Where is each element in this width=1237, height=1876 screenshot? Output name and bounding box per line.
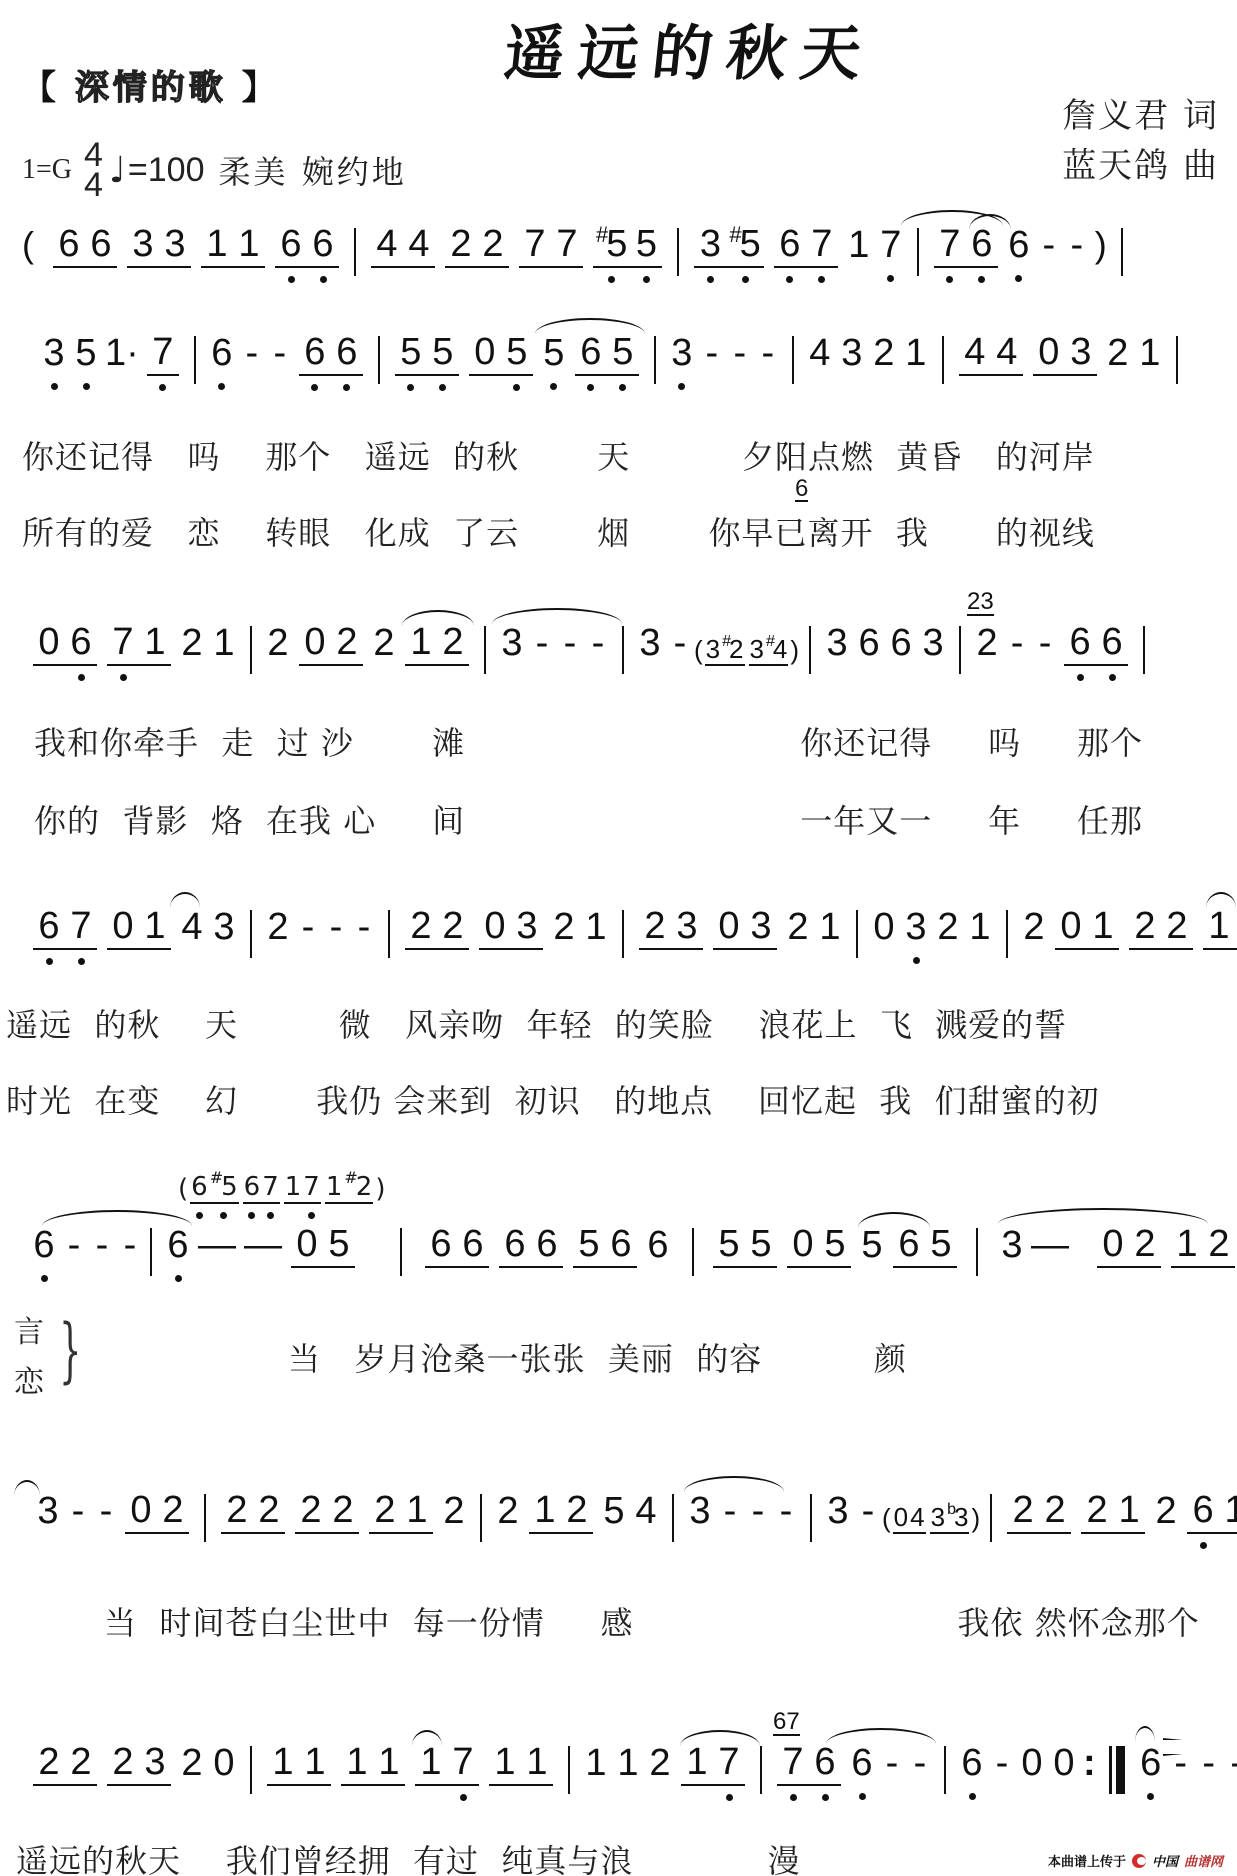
staff-row-1: ( 6 6 3 3 1 1 6 6 4 4 2 2 7 7 xyxy=(18,222,1227,276)
site-name-part2: 曲谱网 xyxy=(1184,1851,1223,1870)
beam-group: 6 7 xyxy=(243,1172,280,1204)
note-low: 6 xyxy=(275,222,307,266)
site-name-part1: 中国 xyxy=(1152,1851,1178,1870)
note-low: 5 xyxy=(427,330,459,374)
lyric-verse2-end: 恋 xyxy=(14,1358,44,1408)
note-low: 6 xyxy=(190,1172,209,1202)
note: 1 xyxy=(489,1740,521,1784)
measure: 6 - - 6 6 xyxy=(196,330,378,376)
beam-group: 4 4 xyxy=(959,330,1023,376)
lyric-line-verse1: 我和你牵手 走 过 沙 滩 你还记得 吗 那个 xyxy=(34,718,1143,764)
note: 1 xyxy=(1087,904,1119,948)
beam-group: 1 2 xyxy=(405,620,469,666)
note: 6 xyxy=(457,1222,489,1266)
note: 6 xyxy=(425,1222,457,1266)
measure: 3 - - 0 2 xyxy=(22,1488,204,1534)
note: 6 xyxy=(853,620,885,666)
beam-group: 1 1 xyxy=(201,222,265,268)
dash: - xyxy=(1167,1740,1195,1786)
beam-group: 0 5 xyxy=(469,330,533,376)
slur-icon xyxy=(412,1730,442,1746)
note: 3 xyxy=(705,634,721,664)
note: 3 xyxy=(511,904,543,948)
measure: 0 6 7 1 2 1 xyxy=(18,620,250,666)
note-low: 5 xyxy=(538,330,570,376)
note: 2 xyxy=(477,222,509,266)
measure: 2 1 2 5 4 xyxy=(482,1488,672,1534)
beam-group: 0 5 xyxy=(787,1222,851,1268)
note-low: 7 xyxy=(261,1172,280,1202)
beam-group: 2 2 xyxy=(1007,1488,1071,1534)
beam-group: 5 6 xyxy=(573,1222,637,1268)
note: 5 xyxy=(925,1222,957,1266)
note: 2 xyxy=(1203,1222,1235,1266)
slur-icon xyxy=(170,892,200,908)
note: 5 xyxy=(819,1222,851,1266)
quarter-note-icon: ♩ xyxy=(109,150,126,191)
note-low: 5 xyxy=(395,330,427,374)
staff-row-6: 3 - - 0 2 2 2 2 2 2 1 2 2 1 2 5 4 xyxy=(22,1488,1227,1542)
beam-group: 0 1 xyxy=(107,904,171,950)
note-low: 6 xyxy=(846,1740,878,1786)
measure: 2 - - - xyxy=(252,904,388,950)
grace-note: 6 xyxy=(795,478,808,502)
note: 2 xyxy=(262,620,294,666)
note: 6 xyxy=(531,1222,563,1266)
note: 1 xyxy=(139,904,171,948)
note: 1 xyxy=(1219,1488,1237,1532)
dash: - xyxy=(92,1488,120,1534)
measure: 3 - - - xyxy=(656,330,792,376)
note-sharp: #2 xyxy=(721,634,744,664)
key-signature: 1=G xyxy=(22,154,72,186)
note: 0 xyxy=(299,620,331,664)
note: 0 xyxy=(479,904,511,948)
song-title: 遥远的秋天 xyxy=(500,6,879,92)
note-low: 7 xyxy=(447,1740,479,1784)
beam-group: 0 2 xyxy=(299,620,363,666)
tie-icon xyxy=(492,608,622,624)
dash: - xyxy=(754,330,782,376)
dash: - xyxy=(294,904,322,950)
lyric-line-refrain: 遥远的秋天 我们曾经拥 有过 纯真与浪 漫 xyxy=(16,1836,800,1876)
fermata-icon xyxy=(1135,1726,1155,1742)
note: 4 xyxy=(403,222,435,266)
grace-note: 23 xyxy=(967,590,994,616)
note-low: 5 xyxy=(501,330,533,374)
dash: - xyxy=(1195,1740,1223,1786)
sharp-icon: # xyxy=(210,1168,223,1187)
note: 2 xyxy=(492,1488,524,1534)
beam-group: 1 1 xyxy=(489,1740,553,1786)
rest: 0 xyxy=(1048,1740,1080,1786)
lyric-line-verse1: 你还记得 吗 那个 遥远 的秋 天 夕阳点燃 黄昏 的河岸 xyxy=(22,432,1095,478)
dash: - xyxy=(266,330,294,376)
repeat-end-barline xyxy=(1109,1746,1125,1794)
note: 2 xyxy=(1007,1488,1039,1532)
note: 2 xyxy=(1129,904,1161,948)
note: 2 xyxy=(107,1740,139,1784)
note-low: 6 xyxy=(774,222,806,266)
slur-icon xyxy=(680,1730,760,1746)
note: 6 xyxy=(499,1222,531,1266)
dash: - xyxy=(1035,222,1063,268)
lyric-line-verse1: 遥远 的秋 天 微 风亲吻 年轻 的笑脸 浪花上 飞 溅爱的誓 xyxy=(6,1000,1067,1046)
upload-watermark: 本曲谱上传于 中国曲谱网 xyxy=(1048,1851,1223,1870)
slur-icon xyxy=(535,318,645,334)
staff-row-7: 2 2 2 3 2 0 1 1 1 1 1 7 1 1 1 1 2 xyxy=(18,1740,1227,1794)
note: 2 xyxy=(368,620,400,666)
beam-group: 2 1 xyxy=(1081,1488,1145,1534)
slur-icon xyxy=(858,1212,930,1228)
beam-group: 1 7 xyxy=(415,1740,479,1786)
dash: - xyxy=(906,1740,934,1786)
note: 1 xyxy=(405,620,437,664)
beam-group: 2 1 xyxy=(369,1488,433,1534)
note: 3 xyxy=(1065,330,1097,374)
dash: - xyxy=(666,620,694,666)
measure: 3 6 6 3 xyxy=(811,620,959,666)
note-low-sharp: #5 xyxy=(593,222,630,266)
measure: 3 - ( 0 4 3 b3 ) xyxy=(812,1488,990,1534)
measure: 2 2 2 2 2 1 2 xyxy=(206,1488,480,1534)
measure: 6 7 0 1 4 3 xyxy=(18,904,250,950)
beam-group: 4 4 xyxy=(371,222,435,268)
rest: 0 xyxy=(1016,1740,1048,1786)
dash: - xyxy=(1003,620,1031,666)
note-sharp: #4 xyxy=(765,634,788,664)
dash: - xyxy=(772,1488,800,1534)
measure: 2 2 2 1 2 6 1 xyxy=(992,1488,1237,1534)
measure: 4 4 0 3 2 1 xyxy=(944,330,1176,376)
note: 1 xyxy=(521,1740,553,1784)
measure: 6 6 6 6 5 6 6 xyxy=(402,1222,692,1268)
beam-group: 2 2 xyxy=(295,1488,359,1534)
lyricist-credit: 詹义君 词 xyxy=(1062,88,1219,137)
beam-group: 2 2 xyxy=(221,1488,285,1534)
sharp-icon: # xyxy=(344,1168,357,1187)
dash: - xyxy=(116,1222,144,1268)
note-low: 6 xyxy=(33,904,65,948)
beam-group: 1 1 xyxy=(267,1740,331,1786)
upload-text: 本曲谱上传于 xyxy=(1048,1851,1126,1870)
note-low: 7 xyxy=(147,330,179,374)
beam-group: 6 6 xyxy=(53,222,117,268)
beam-group: 5 5 xyxy=(713,1222,777,1268)
measure: 3 — 0 2 1 2 xyxy=(978,1222,1237,1268)
note: 0 xyxy=(107,904,139,948)
barline xyxy=(1121,228,1123,276)
note-low: 6 xyxy=(206,330,238,376)
beam-group: 3 #4 xyxy=(749,634,789,666)
note: 2 xyxy=(1039,1488,1071,1532)
note: 5 xyxy=(745,1222,777,1266)
note: 3 xyxy=(821,620,853,666)
beam-group: 6 6 xyxy=(425,1222,489,1268)
note: 0 xyxy=(291,1222,323,1266)
staff-row-4: 6 7 0 1 4 3 2 - - - 2 2 0 3 2 1 2 3 xyxy=(18,904,1227,958)
dash: - xyxy=(988,1740,1016,1786)
measure: 7 6 6 - - ) xyxy=(919,222,1121,268)
note: 1 xyxy=(814,904,846,950)
beam-group: 67 7 6 xyxy=(777,1740,841,1786)
note: 0 xyxy=(469,330,501,374)
note: 4 xyxy=(909,1502,925,1532)
note-low: 6 xyxy=(575,330,607,374)
note: 0 xyxy=(208,1740,240,1786)
dash: - xyxy=(350,904,378,950)
note: 2 xyxy=(1018,904,1050,950)
note: 2 xyxy=(445,222,477,266)
note: 6 xyxy=(642,1222,674,1268)
beam-group: 2 2 xyxy=(33,1740,97,1786)
note: 1 xyxy=(373,1740,405,1784)
dash: — xyxy=(240,1222,286,1268)
measure: 3 - ( 3 #2 3 #4 ) xyxy=(624,620,809,666)
note-with-grace: 67 7 xyxy=(777,1740,809,1784)
note-low: 5 xyxy=(70,330,102,376)
staff-row-5: 6 - - - 6 — — 0 5 6 6 6 6 5 6 6 5 5 xyxy=(18,1222,1227,1276)
measure: 5 5 0 5 5 6 5 xyxy=(694,1222,976,1268)
note: 3 xyxy=(634,620,666,666)
note-low: 6 xyxy=(65,620,97,664)
note: 1 xyxy=(341,1740,373,1784)
note: 1 xyxy=(233,222,265,266)
beam-group: 3 #5 xyxy=(694,222,763,268)
dash: - xyxy=(64,1488,92,1534)
beam-group: 0 5 xyxy=(291,1222,355,1268)
note: 1 xyxy=(267,1740,299,1784)
dash: — xyxy=(194,1222,240,1268)
note-sharp: #2 xyxy=(343,1172,373,1202)
note: 1 xyxy=(1203,904,1235,948)
note: 2 xyxy=(1150,1488,1182,1534)
note: 2 xyxy=(644,1740,676,1786)
measure: 1 1 1 1 1 7 1 1 xyxy=(252,1740,568,1786)
note: 1 xyxy=(208,620,240,666)
note: 6 xyxy=(893,1222,925,1266)
beam-group: 0 3 xyxy=(479,904,543,950)
sharp-icon: # xyxy=(729,222,741,247)
note: 2 xyxy=(868,330,900,376)
measure: 0 3 2 1 xyxy=(858,904,1006,950)
note: 1 xyxy=(681,1740,713,1784)
sharp-icon: # xyxy=(766,633,775,650)
dash: - xyxy=(716,1488,744,1534)
beam-group: 6 6 xyxy=(1064,620,1128,666)
note: 2 xyxy=(782,904,814,950)
time-signature: 4 4 xyxy=(84,140,103,200)
note-low: 6 xyxy=(1096,620,1128,664)
note: 3 xyxy=(917,620,949,666)
note: 2 xyxy=(262,904,294,950)
note: 0 xyxy=(713,904,745,948)
lyric-line-verse2: 所有的爱 恋 转眼 化成 了云 烟 你早已离开 我 的视线 xyxy=(22,508,1095,554)
beam-group: 6 #5 xyxy=(190,1172,239,1204)
dash: - xyxy=(854,1488,882,1534)
key-tempo-line: 1=G 4 4 ♩ =100 柔美 婉约地 xyxy=(22,140,407,200)
measure: 2 3 0 3 2 1 xyxy=(624,904,856,950)
beam-group: 6 5 xyxy=(575,330,639,376)
dash: — xyxy=(1028,1222,1072,1268)
beam-group: 1 7 xyxy=(1203,904,1237,950)
note-low: 3 xyxy=(38,330,70,376)
beam-group: 0 2 xyxy=(1097,1222,1161,1268)
beam-group: 6 6 xyxy=(499,1222,563,1268)
measure: 4 3 2 1 xyxy=(794,330,942,376)
note: 0 xyxy=(33,620,65,664)
note: 5 xyxy=(573,1222,605,1266)
tempo: =100 xyxy=(128,151,205,190)
note: 1 xyxy=(580,904,612,950)
note: 0 xyxy=(868,904,900,950)
note: 0 xyxy=(787,1222,819,1266)
dash: - xyxy=(528,620,556,666)
tie-icon xyxy=(14,1480,40,1496)
note: 1 xyxy=(900,330,932,376)
beam-group: 7 7 xyxy=(519,222,583,268)
lyric-line-refrain: 当 时间苍白尘世中 每一份情 感 我依 然怀念那个 xyxy=(104,1598,1200,1644)
grace-note: 67 xyxy=(773,1710,800,1736)
dash: - xyxy=(1031,620,1059,666)
note: 0 xyxy=(893,1502,909,1532)
note: 4 xyxy=(630,1488,662,1534)
dash: - xyxy=(744,1488,772,1534)
bracket-open: 【 xyxy=(22,68,60,108)
note: 3 xyxy=(996,1222,1028,1268)
note-low: 6 xyxy=(243,1172,262,1202)
measure: 2 0 2 2 1 2 xyxy=(252,620,484,666)
note-low: 6 xyxy=(331,330,363,374)
intro-paren-close: ) xyxy=(1091,222,1111,268)
note: 2 xyxy=(253,1488,285,1532)
beam-group: 2 3 xyxy=(639,904,703,950)
beam-group: 6 6 xyxy=(275,222,339,268)
note-low: 6 xyxy=(1187,1488,1219,1532)
paren-close: ) xyxy=(375,1174,385,1204)
interlude-fill: ( 0 4 3 b3 ) xyxy=(882,1488,980,1534)
paren-close: ) xyxy=(971,1503,980,1534)
note: 2 xyxy=(221,1488,253,1532)
note: 4 xyxy=(371,222,403,266)
note: 3 xyxy=(930,1502,946,1532)
measure: 2 2 0 3 2 1 xyxy=(390,904,622,950)
measure: 67 7 6 6 - - xyxy=(762,1740,944,1786)
note: 1 xyxy=(843,222,875,268)
lyric-line-verse2: 你的 背影 烙 在我 心 间 一年又一 年 任那 xyxy=(34,796,1143,842)
beam-group: 2 2 xyxy=(405,904,469,950)
note-low: 6 xyxy=(28,1222,60,1268)
measure: 4 4 2 2 7 7 #5 5 xyxy=(356,222,677,268)
measure: 3 - - - xyxy=(674,1488,810,1534)
note-dotted: 1· xyxy=(102,330,142,376)
note: 2 xyxy=(331,620,363,664)
note-low: 6 xyxy=(1064,620,1096,664)
note: 7 xyxy=(551,222,583,266)
note: 1 xyxy=(1134,330,1166,376)
note-low: 6 xyxy=(307,222,339,266)
note: 2 xyxy=(437,904,469,948)
note: 3 xyxy=(127,222,159,266)
note: 2 xyxy=(932,904,964,950)
note: 1 xyxy=(964,904,996,950)
note-low: 7 xyxy=(713,1740,745,1784)
measure: 6 - - - xyxy=(18,1222,150,1268)
measure: 2 2 2 3 2 0 xyxy=(18,1740,250,1786)
beam-group: #5 5 xyxy=(593,222,662,268)
note: 2 xyxy=(1102,330,1134,376)
beam-group: 1 2 xyxy=(1171,1222,1235,1268)
note: 2 xyxy=(1129,1222,1161,1266)
dash: - xyxy=(238,330,266,376)
staff-row-3: 0 6 7 1 2 1 2 0 2 2 1 2 3 - - - 3 - xyxy=(18,620,1227,674)
measure: 3 - - - xyxy=(486,620,622,666)
dash: - xyxy=(878,1740,906,1786)
note: 2 xyxy=(405,904,437,948)
site-logo-icon xyxy=(1132,1854,1146,1868)
note: 3 xyxy=(671,904,703,948)
series-name: 深情的歌 xyxy=(75,68,227,108)
note-low: 7 xyxy=(107,620,139,664)
note: 0 xyxy=(1033,330,1065,374)
note-low: 7 xyxy=(806,222,838,266)
beam-group: 6 7 xyxy=(33,904,97,950)
note: 5 xyxy=(323,1222,355,1266)
note: 6 xyxy=(605,1222,637,1266)
time-sig-bottom: 4 xyxy=(84,170,103,200)
dash: - xyxy=(88,1222,116,1268)
beam-group: 6 1 xyxy=(1187,1488,1237,1534)
beam-group: 7 xyxy=(147,330,179,376)
note: 4 xyxy=(991,330,1023,374)
staff-row-2: 3 5 1· 7 6 - - 6 6 5 5 0 5 5 6 5 3 - - xyxy=(28,330,1227,384)
note: 2 xyxy=(561,1488,593,1532)
paren-open: ( xyxy=(178,1174,188,1204)
note: 2 xyxy=(438,1488,470,1534)
beam-group: 0 3 xyxy=(1033,330,1097,376)
barline xyxy=(1143,626,1145,674)
note: 1 xyxy=(139,620,171,664)
note: 2 xyxy=(548,904,580,950)
note: 6 xyxy=(885,620,917,666)
beam-group: 3 #2 xyxy=(705,634,745,666)
note: 3 xyxy=(745,904,777,948)
note-low: 3 xyxy=(900,904,932,950)
dash: - xyxy=(60,1222,88,1268)
note: 1 xyxy=(1113,1488,1145,1532)
slur-icon xyxy=(998,1208,1208,1224)
note: 2 xyxy=(295,1488,327,1532)
note: 2 xyxy=(1081,1488,1113,1532)
series-label: 【 深情的歌 】 xyxy=(22,60,280,109)
beam-group: 2 2 xyxy=(1129,904,1193,950)
note: 1 xyxy=(529,1488,561,1532)
tie-icon xyxy=(684,1476,784,1492)
beam-group: 2 3 xyxy=(107,1740,171,1786)
dash: - xyxy=(1223,1740,1237,1786)
dash: - xyxy=(698,330,726,376)
composer-credit: 蓝天鸽 曲 xyxy=(1062,138,1219,187)
dash: - xyxy=(584,620,612,666)
note: 0 xyxy=(125,1488,157,1532)
note-low: 5 xyxy=(607,330,639,374)
note-low: 6 xyxy=(809,1740,841,1784)
paren-open: ( xyxy=(694,635,703,666)
sharp-icon: # xyxy=(722,633,731,650)
brace-icon: } xyxy=(59,1310,81,1390)
lyric-brace-block: 言 恋 xyxy=(14,1308,44,1408)
repeat-dots-icon: : xyxy=(1080,1740,1099,1786)
